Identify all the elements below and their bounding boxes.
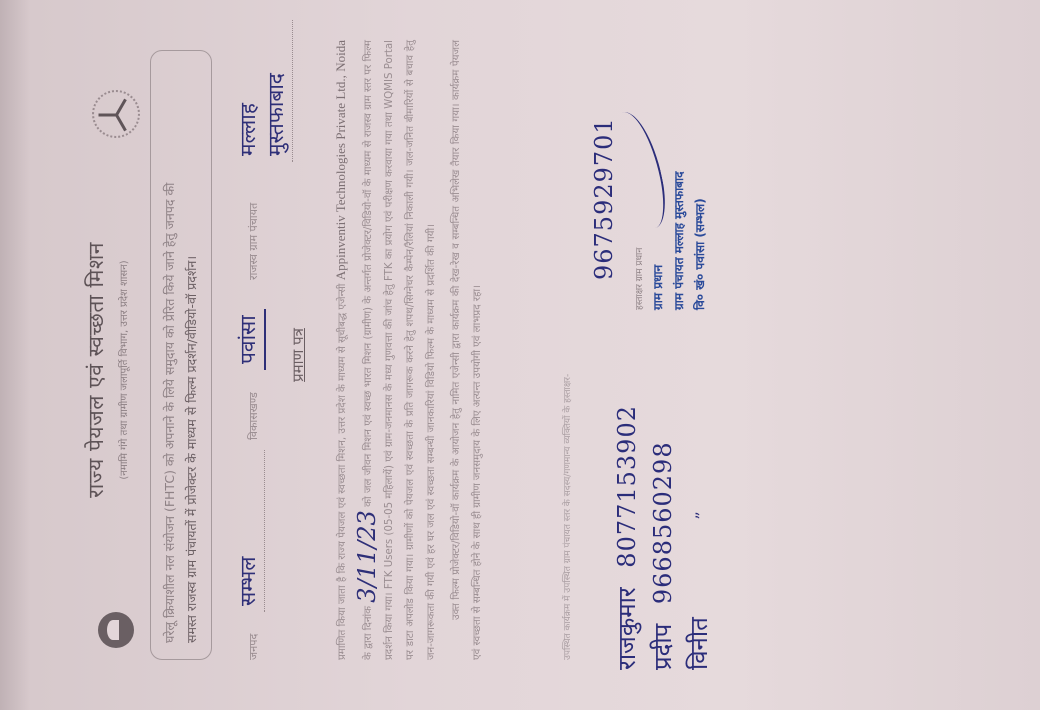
- certificate-title: प्रमाण पत्र: [288, 10, 308, 700]
- state-emblem-icon: [98, 612, 134, 648]
- signer-phone: 8077153902: [613, 405, 641, 568]
- event-date: 3/11/23: [357, 510, 378, 603]
- notice-line-1: घरेलू क्रियाशील नल संयोजन (FHTC) को अपना…: [159, 67, 181, 643]
- signer-phone: 9668560298: [649, 441, 677, 604]
- attendee-note: उपस्थित कार्यक्रम में उपस्थित ग्राम पंचा…: [560, 130, 573, 660]
- signer-row: राजकुमार 8077153902: [610, 270, 646, 670]
- district-value: सम्भल: [234, 450, 265, 612]
- signer-name: राजकुमार: [613, 587, 641, 670]
- signer-name: विनीत: [685, 617, 713, 670]
- block-value: पवांसा: [234, 309, 266, 370]
- mission-subtitle: (नमामि गंगे तथा ग्रामीण जलापूर्ति विभाग,…: [116, 140, 130, 600]
- mission-title: राज्य पेयजल एवं स्वच्छता मिशन: [82, 140, 110, 600]
- stamp-line-2: ग्राम पंचायत मल्लाह मुस्तफाबाद: [670, 50, 687, 310]
- signer-row: प्रदीप 9668560298: [646, 270, 682, 670]
- body-paragraph-2: उक्त फिल्म प्रोजेक्टर/विडियो-वॉ कार्यक्र…: [446, 40, 488, 660]
- signer-row: विनीत ”: [682, 270, 718, 670]
- location-fields: जनपद सम्भल विकासखण्ड पवांसा राजस्व ग्राम…: [234, 20, 274, 660]
- jal-jeevan-logo-icon: [92, 90, 140, 138]
- pradhan-phone: 9675929701: [590, 50, 618, 280]
- panchayat-label: राजस्व ग्राम पंचायत: [246, 203, 261, 280]
- block-label: विकासखण्ड: [246, 392, 261, 440]
- district-label: जनपद: [246, 634, 261, 660]
- agency-name: Appinventiv Technologies Private Ltd., N…: [333, 40, 348, 280]
- document-header: राज्य पेयजल एवं स्वच्छता मिशन (नमामि गंग…: [82, 140, 130, 600]
- signer-name: प्रदीप: [649, 624, 677, 670]
- notice-line-2: समस्त राजस्व ग्राम पंचायतों में प्रोजेक्…: [181, 67, 203, 643]
- body-intro: प्रमाणित किया जाता है कि राज्य पेयजल एवं…: [337, 284, 348, 660]
- certificate-body: प्रमाणित किया जाता है कि राज्य पेयजल एवं…: [330, 40, 488, 660]
- signer-ditto-mark: ”: [692, 511, 711, 519]
- program-notice-box: घरेलू क्रियाशील नल संयोजन (FHTC) को अपना…: [150, 50, 212, 660]
- stamp-line-3: वि० खं० पवांसा (सम्भल): [691, 50, 708, 310]
- pradhan-stamp: 9675929701 हस्ताक्षर ग्राम प्रधान ग्राम …: [590, 50, 708, 310]
- panchayat-value: मल्लाह मुस्तफाबाद: [234, 20, 293, 162]
- certificate-page: राज्य पेयजल एवं स्वच्छता मिशन (नमामि गंग…: [20, 10, 1020, 700]
- body-date-label: के द्वारा दिनांक: [363, 606, 374, 660]
- attendee-signatures: राजकुमार 8077153902 प्रदीप 9668560298 वि…: [610, 270, 718, 670]
